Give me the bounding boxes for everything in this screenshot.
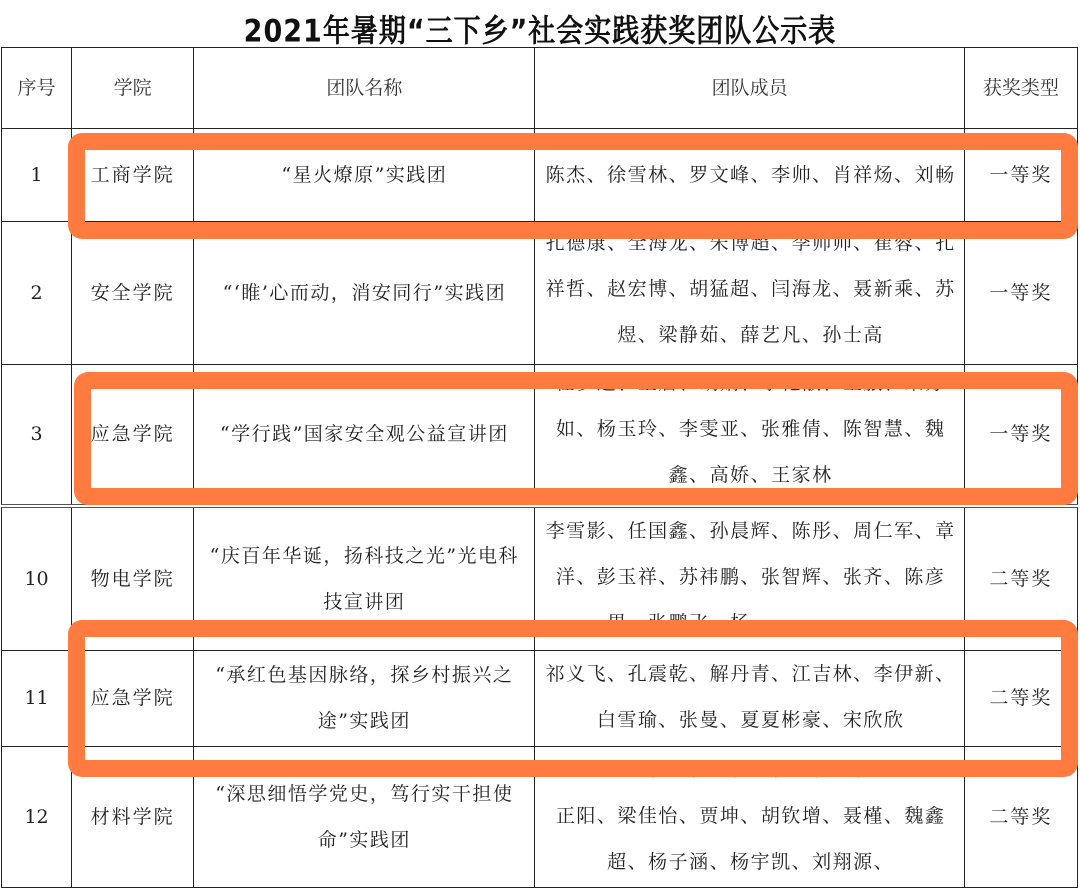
- cell-team: “承红色基因脉络，探乡村振兴之途”实践团: [194, 650, 535, 746]
- cell-members: 陈杰、徐雪林、罗文峰、李帅、肖祥炀、刘畅: [535, 129, 964, 222]
- cell-no: 11: [2, 650, 72, 746]
- header-award: 获奖类型: [964, 48, 1077, 129]
- cell-college: 应急学院: [72, 365, 194, 506]
- cell-members: 祁义飞、孔震乾、解丹青、江吉林、李伊新、白雪瑜、张曼、夏夏彬豪、宋欣欣: [535, 650, 964, 746]
- cell-award: 一等奖: [964, 129, 1077, 222]
- cell-college: 安全学院: [72, 222, 194, 365]
- cell-college: 工商学院: [72, 129, 194, 222]
- members-text: 祁义飞、孔震乾、解丹青、江吉林、李伊新、白雪瑜、张曼、夏夏彬豪、宋欣欣: [543, 651, 957, 746]
- cell-no: 3: [2, 365, 72, 506]
- table-header-row: 序号 学院 团队名称 团队成员 获奖类型: [2, 48, 1078, 129]
- cell-members: 孔德康、全海龙、朱博超、李帅帅、崔蓉、孔祥哲、赵宏博、胡猛超、闫海龙、聂新乘、苏…: [535, 222, 964, 365]
- cell-no: 10: [2, 506, 72, 651]
- cell-no: 2: [2, 222, 72, 365]
- cell-award: 二等奖: [964, 650, 1077, 746]
- table-row: 10 物电学院 “庆百年华诞，扬科技之光”光电科技宣讲团 李雪影、任国鑫、孙晨辉…: [2, 506, 1078, 651]
- table-row: 11 应急学院 “承红色基因脉络，探乡村振兴之途”实践团 祁义飞、孔震乾、解丹青…: [2, 650, 1078, 746]
- header-members: 团队成员: [535, 48, 964, 129]
- cell-no: 12: [2, 746, 72, 887]
- members-hidden-line: …、…、…、…、…、…、: [543, 747, 957, 793]
- header-college: 学院: [72, 48, 194, 129]
- table-row: 12 材料学院 “深思细悟学党史，笃行实干担使命”实践团 …、…、…、…、…、……: [2, 746, 1078, 887]
- header-no: 序号: [2, 48, 72, 129]
- members-text: 任少远、王居、胡娟、于化淑、王旅、宋芳如、杨玉玲、李雯亚、张雅倩、陈智慧、魏鑫、…: [543, 365, 957, 501]
- cell-members: …、…、…、…、…、…、 正阳、梁佳怡、贾坤、胡钦增、聂槿、魏鑫超、杨子涵、杨宇…: [535, 746, 964, 887]
- cell-team: “星火燎原”实践团: [194, 129, 535, 222]
- cell-no: 1: [2, 129, 72, 222]
- cell-team: “深思细悟学党史，笃行实干担使命”实践团: [194, 746, 535, 887]
- members-text: 李雪影、任国鑫、孙晨辉、陈彤、周仁军、章洋、彭玉祥、苏祎鹏、张智辉、张齐、陈彦男…: [543, 508, 957, 650]
- table-row: 2 安全学院 “‘睢’心而动，消安同行”实践团 孔德康、全海龙、朱博超、李帅帅、…: [2, 222, 1078, 365]
- cell-college: 应急学院: [72, 650, 194, 746]
- cell-award: 一等奖: [964, 365, 1077, 506]
- table-row: 1 工商学院 “星火燎原”实践团 陈杰、徐雪林、罗文峰、李帅、肖祥炀、刘畅 一等…: [2, 129, 1078, 222]
- page-title: 2021年暑期“三下乡”社会实践获奖团队公示表: [0, 6, 1080, 51]
- header-team: 团队名称: [194, 48, 535, 129]
- members-block: …、…、…、…、…、…、 正阳、梁佳怡、贾坤、胡钦增、聂槿、魏鑫超、杨子涵、杨宇…: [543, 747, 957, 887]
- awards-table: 序号 学院 团队名称 团队成员 获奖类型 1 工商学院 “星火燎原”实践团 陈杰…: [1, 47, 1078, 888]
- cell-college: 物电学院: [72, 506, 194, 651]
- members-text: 正阳、梁佳怡、贾坤、胡钦增、聂槿、魏鑫超、杨子涵、杨宇凯、刘翔源、: [543, 793, 957, 885]
- table-row: 3 应急学院 “学行践”国家安全观公益宣讲团 任少远、王居、胡娟、于化淑、王旅、…: [2, 365, 1078, 506]
- members-text: 孔德康、全海龙、朱博超、李帅帅、崔蓉、孔祥哲、赵宏博、胡猛超、闫海龙、聂新乘、苏…: [543, 222, 957, 363]
- cell-award: 二等奖: [964, 506, 1077, 651]
- cell-college: 材料学院: [72, 746, 194, 887]
- cell-members: 任少远、王居、胡娟、于化淑、王旅、宋芳如、杨玉玲、李雯亚、张雅倩、陈智慧、魏鑫、…: [535, 365, 964, 506]
- cell-award: 二等奖: [964, 746, 1077, 887]
- cell-team: “庆百年华诞，扬科技之光”光电科技宣讲团: [194, 506, 535, 651]
- cell-team: “学行践”国家安全观公益宣讲团: [194, 365, 535, 506]
- members-text: 陈杰、徐雪林、罗文峰、李帅、肖祥炀、刘畅: [543, 129, 957, 218]
- cell-team: “‘睢’心而动，消安同行”实践团: [194, 222, 535, 365]
- cell-members: 李雪影、任国鑫、孙晨辉、陈彤、周仁军、章洋、彭玉祥、苏祎鹏、张智辉、张齐、陈彦男…: [535, 506, 964, 651]
- cell-award: 一等奖: [964, 222, 1077, 365]
